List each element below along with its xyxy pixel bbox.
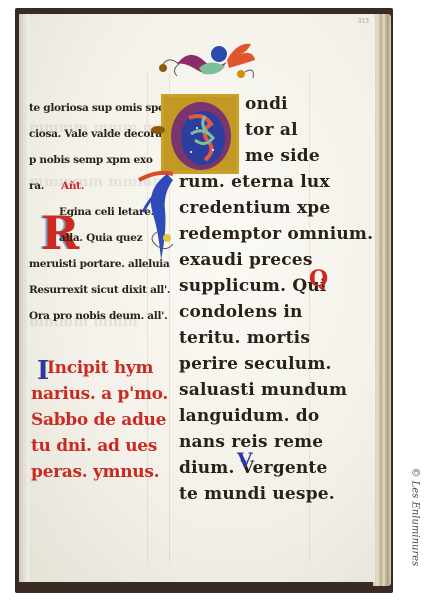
text-line: rum. eterna lux — [179, 172, 330, 192]
text-line: credentium xpe — [179, 198, 330, 218]
text-line: te gloriosa sup omis spe — [29, 102, 164, 114]
rubric-line: Incipit hym — [47, 358, 153, 378]
text-line: saluasti mundum — [179, 380, 347, 400]
initial-V: V — [237, 448, 253, 472]
text-line: p nobis semp xpm exo — [29, 154, 153, 166]
text-line: languidum. do — [179, 406, 319, 426]
text-line: redemptor omnium. — [179, 224, 373, 244]
rubric-line: Sabbo de adue — [31, 410, 166, 430]
manuscript-binding: 313 mmmm mmm mmm mmmmm mmmm mmmm mmm te … — [15, 8, 393, 593]
flourish-top — [141, 42, 261, 88]
rubric-line: tu dni. ad ues — [31, 436, 157, 456]
rubric-line: peras. ymnus. — [31, 462, 159, 482]
gold-dot — [151, 126, 165, 134]
initial-Q: Q — [309, 266, 328, 292]
page-edges — [373, 14, 391, 586]
text-line: perire seculum. — [179, 354, 332, 374]
watermark-text: © Les Enluminures — [410, 468, 421, 588]
manuscript-page: 313 mmmm mmm mmm mmmmm mmmm mmmm mmm te … — [19, 14, 375, 582]
illuminated-initial-C — [161, 94, 239, 174]
text-line: supplicum. Qui — [179, 276, 327, 296]
text-line: condolens in — [179, 302, 303, 322]
text-line: dium. Vergente — [179, 458, 327, 478]
text-line: tor al — [245, 120, 298, 140]
text-line: teritu. mortis — [179, 328, 310, 348]
text-line: me side — [245, 146, 320, 166]
text-line: alla. Quia quez — [59, 232, 142, 244]
copyright-watermark: © Les Enluminures — [405, 470, 419, 590]
text-line: ra. — [29, 180, 44, 192]
rubric-line: narius. a p'mo. — [31, 384, 168, 404]
rubric-antiphon: Aňt. — [61, 180, 84, 192]
folio-number: 313 — [358, 18, 369, 25]
text-line: Ora pro nobis deum. all'. — [29, 310, 167, 322]
text-line: te mundi uespe. — [179, 484, 335, 504]
flourish-blue — [137, 166, 177, 266]
text-line: ondi — [245, 94, 288, 114]
text-line: exaudi preces — [179, 250, 313, 270]
text-line: Resurrexit sicut dixit all'. — [29, 284, 170, 296]
